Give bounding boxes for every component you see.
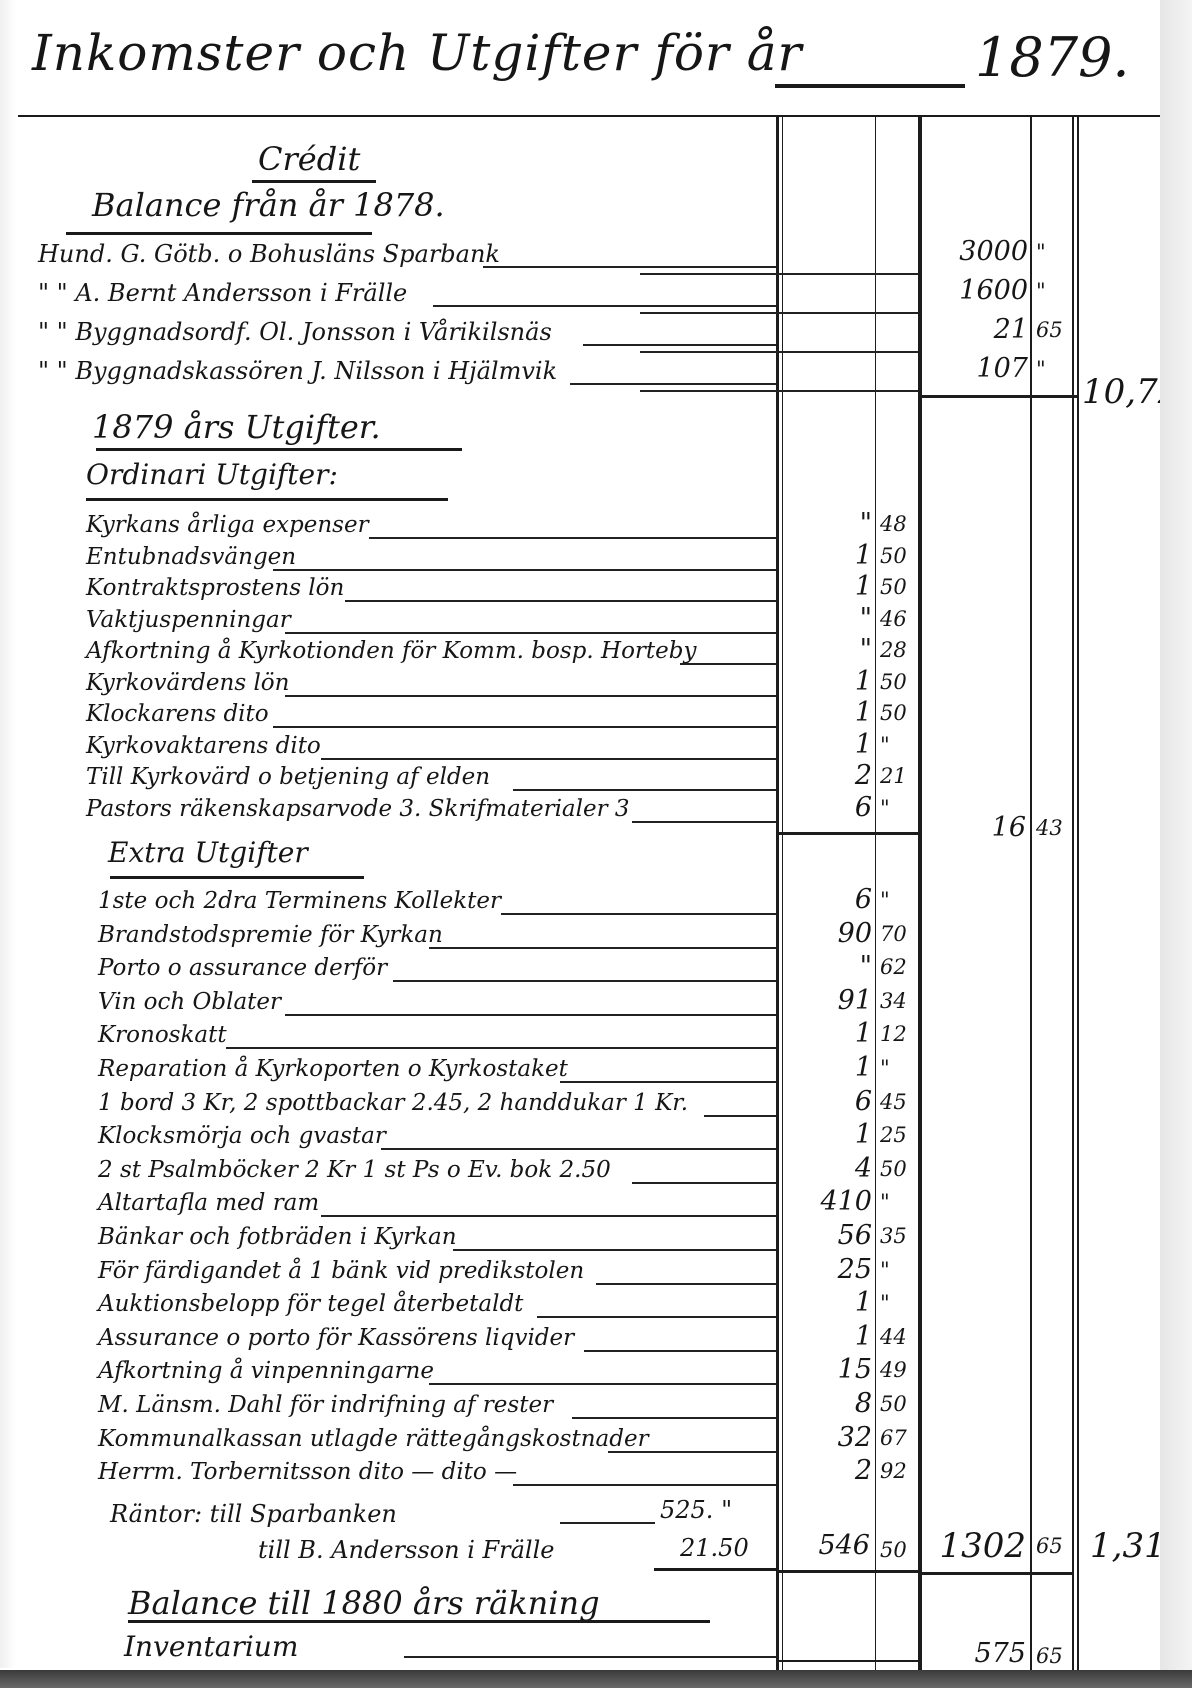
leader-line <box>560 1081 776 1083</box>
leader-line <box>273 569 776 571</box>
amount-kronor: 410 <box>786 1186 872 1217</box>
amount-kronor: 91 <box>786 985 872 1016</box>
entry-label: Kommunalkassan utlagde rättegångskostnad… <box>98 1426 649 1452</box>
interest-sum-underline <box>654 1568 778 1571</box>
page-margin <box>1160 0 1192 1688</box>
amount-kronor: 2 <box>786 760 872 791</box>
leader-line <box>321 758 776 760</box>
interest-label: Räntor: till Sparbanken <box>110 1500 397 1528</box>
leader-line <box>453 1249 776 1251</box>
amount-kronor: 6 <box>786 1086 872 1117</box>
amount-kronor: 32 <box>786 1422 872 1453</box>
amount-ore: 50 <box>880 1157 918 1181</box>
leader-line <box>570 383 776 385</box>
entry-label: Entubnadsvängen <box>86 544 296 570</box>
column-rule-middle <box>918 117 922 1670</box>
leader-line <box>583 344 776 346</box>
amount-ore: 62 <box>880 955 918 979</box>
row-rule <box>640 273 918 275</box>
grand-total: 1,31 <box>1090 1526 1170 1566</box>
row-rule <box>640 390 918 392</box>
amount-ore: 92 <box>880 1459 918 1483</box>
leader-line <box>285 695 776 697</box>
column-rule-left-inner <box>782 117 783 1670</box>
entry-label: " " A. Bernt Andersson i Frälle <box>38 279 407 307</box>
entry-label: För färdigandet å 1 bänk vid predikstole… <box>98 1258 584 1284</box>
ordinary-sum-rule <box>778 832 920 835</box>
leader-line <box>381 1148 776 1150</box>
leader-line <box>393 980 776 982</box>
leader-line <box>273 726 776 728</box>
inventory-ore: 65 <box>1036 1644 1072 1668</box>
entry-label: Kyrkovaktarens dito <box>86 733 321 759</box>
entry-label: Klocksmörja och gvastar <box>98 1123 386 1149</box>
inventory-label: Inventarium <box>124 1630 298 1663</box>
leader-line <box>285 632 776 634</box>
balance-1878-underline <box>66 232 372 235</box>
amount-ore: 25 <box>880 1123 918 1147</box>
page-title: Inkomster och Utgifter för år <box>32 24 802 82</box>
title-dash-line <box>775 84 965 88</box>
ledger-page: Inkomster och Utgifter för år 1879. Créd… <box>0 0 1160 1668</box>
credit-heading: Crédit <box>258 140 360 178</box>
expenses-heading: 1879 års Utgifter. <box>92 408 381 446</box>
amount-ore: 48 <box>880 512 918 536</box>
leader-line <box>632 821 776 823</box>
entry-label: Pastors räkenskapsarvode 3. Skrifmateria… <box>86 796 630 822</box>
amount-ore: 46 <box>880 607 918 631</box>
credit-sum-rule <box>918 395 1078 398</box>
amount-ore: 49 <box>880 1358 918 1382</box>
amount-ore: 12 <box>880 1022 918 1046</box>
entry-label: " " Byggnadsordf. Ol. Jonsson i Vårikils… <box>38 318 552 346</box>
entry-label: Kyrkovärdens lön <box>86 670 289 696</box>
amount-ore: 70 <box>880 922 918 946</box>
entry-label: Afkortning å vinpenningarne <box>98 1358 434 1384</box>
amount-kronor: 1 <box>786 540 872 571</box>
amount-kronor: 1 <box>786 666 872 697</box>
entry-label: 1ste och 2dra Terminens Kollekter <box>98 888 501 914</box>
amount-kronor: 1 <box>786 571 872 602</box>
inventory-rule <box>778 1660 920 1662</box>
amount-kronor: 3000 <box>924 236 1028 267</box>
amount-kronor: 4 <box>786 1153 872 1184</box>
leader-line <box>513 789 776 791</box>
column-rule-left-outer <box>776 117 779 1670</box>
amount-ore: " <box>1036 240 1074 264</box>
amount-ore: 50 <box>880 670 918 694</box>
row-rule <box>640 312 918 314</box>
leader-line <box>513 1484 776 1486</box>
leader-line <box>501 913 776 915</box>
expenses-total-kronor: 1302 <box>918 1526 1026 1566</box>
amount-kronor: 15 <box>786 1354 872 1385</box>
leader-line <box>321 1215 776 1217</box>
amount-ore: 44 <box>880 1325 918 1349</box>
amount-kronor: 25 <box>786 1254 872 1285</box>
entry-label: Bänkar och fotbräden i Kyrkan <box>98 1224 457 1250</box>
entry-label: Till Kyrkovärd o betjening af elden <box>86 764 490 790</box>
amount-ore: 50 <box>880 575 918 599</box>
expenses-heading-underline <box>96 448 462 451</box>
leader-line <box>680 663 776 665</box>
entry-label: M. Länsm. Dahl för indrifning af rester <box>98 1392 553 1418</box>
amount-ore: 34 <box>880 989 918 1013</box>
extra-subtotal-ore: 50 <box>880 1538 916 1562</box>
amount-kronor: 107 <box>924 353 1028 384</box>
amount-ore: " <box>880 796 918 820</box>
entry-label: Afkortning å Kyrkotionden för Komm. bosp… <box>86 638 697 664</box>
column-rule-right-2 <box>1077 117 1079 1670</box>
entry-label: Auktionsbelopp för tegel återbetaldt <box>98 1291 523 1317</box>
extra-heading-underline <box>110 876 364 879</box>
amount-kronor: 1 <box>786 1018 872 1049</box>
entry-label: Kronoskatt <box>98 1022 227 1048</box>
amount-kronor: 1600 <box>924 275 1028 306</box>
entry-label: Kyrkans årliga expenser <box>86 512 369 538</box>
amount-kronor: " <box>786 603 872 634</box>
amount-ore: 45 <box>880 1090 918 1114</box>
interest-amount: 525. " <box>660 1496 732 1524</box>
amount-ore: " <box>1036 357 1074 381</box>
leader-line <box>537 1316 776 1318</box>
entry-label: Klockarens dito <box>86 701 269 727</box>
amount-kronor: 21 <box>924 314 1028 345</box>
entry-label: 2 st Psalmböcker 2 Kr 1 st Ps o Ev. bok … <box>98 1157 611 1183</box>
leader-line <box>608 1451 776 1453</box>
entry-label: Herrm. Torbernitsson dito — dito — <box>98 1459 517 1485</box>
leader-line <box>632 1182 776 1184</box>
leader-line <box>429 1383 776 1385</box>
leader-line <box>285 1014 776 1016</box>
entry-label: Altartafla med ram <box>98 1190 319 1216</box>
leader-line <box>433 305 776 307</box>
balance-1880-heading: Balance till 1880 års räkning <box>128 1584 600 1622</box>
page-edge-shadow <box>0 0 16 1668</box>
column-rule-ore-1 <box>875 117 876 1670</box>
extra-heading: Extra Utgifter <box>108 836 308 869</box>
amount-ore: 50 <box>880 1392 918 1416</box>
amount-kronor: 90 <box>786 918 872 949</box>
amount-ore: 50 <box>880 544 918 568</box>
inventory-kronor: 575 <box>918 1638 1026 1669</box>
amount-kronor: 1 <box>786 1119 872 1150</box>
amount-kronor: 1 <box>786 1052 872 1083</box>
entry-label: Assurance o porto för Kassörens liqvider <box>98 1325 574 1351</box>
entry-label: Kontraktsprostens lön <box>86 575 344 601</box>
entry-label: Porto o assurance derför <box>98 955 387 981</box>
row-rule <box>640 351 918 353</box>
entry-label: Brandstodspremie för Kyrkan <box>98 922 443 948</box>
amount-kronor: 1 <box>786 1321 872 1352</box>
ordinary-subtotal-ore: 43 <box>1036 816 1072 840</box>
entry-label: Vin och Oblater <box>98 989 281 1015</box>
amount-ore: " <box>880 733 918 757</box>
amount-ore: " <box>1036 279 1074 303</box>
entry-label: Hund. G. Götb. o Bohusläns Sparbank <box>38 240 500 268</box>
amount-ore: " <box>880 1291 918 1315</box>
leader-line <box>226 1047 776 1049</box>
amount-kronor: 6 <box>786 884 872 915</box>
amount-kronor: 2 <box>786 1455 872 1486</box>
credit-balance-total: 10,72 <box>1082 372 1162 412</box>
interest-label-2: till B. Andersson i Frälle <box>258 1536 554 1564</box>
amount-kronor: 1 <box>786 1287 872 1318</box>
leader-line <box>584 1350 776 1352</box>
ordinary-subtotal-kronor: 16 <box>930 812 1026 843</box>
column-rule-ore-2 <box>1030 117 1032 1670</box>
balance-1880-underline <box>128 1620 710 1623</box>
leader-line <box>483 266 776 268</box>
ordinary-heading-underline <box>86 498 448 501</box>
amount-kronor: " <box>786 634 872 665</box>
interest-amount-2: 21.50 <box>680 1534 749 1562</box>
entry-label: 1 bord 3 Kr, 2 spottbackar 2.45, 2 handd… <box>98 1090 688 1116</box>
amount-kronor: 6 <box>786 792 872 823</box>
inventory-leader <box>404 1656 776 1658</box>
page-year: 1879. <box>975 26 1130 89</box>
extra-subtotal-kronor: 546 <box>782 1530 870 1561</box>
amount-kronor: " <box>786 508 872 539</box>
interest-leader <box>560 1522 655 1524</box>
extra-sum-rule <box>778 1570 922 1573</box>
balance-1878-heading: Balance från år 1878. <box>92 186 445 224</box>
amount-ore: " <box>880 1056 918 1080</box>
amount-kronor: 8 <box>786 1388 872 1419</box>
leader-line <box>704 1115 776 1117</box>
column-rule-right-1 <box>1072 117 1074 1670</box>
amount-ore: 28 <box>880 638 918 662</box>
expenses-total-ore: 65 <box>1036 1534 1072 1558</box>
expenses-total-rule <box>918 1572 1074 1575</box>
leader-line <box>345 600 776 602</box>
leader-line <box>572 1417 776 1419</box>
amount-kronor: 56 <box>786 1220 872 1251</box>
amount-ore: " <box>880 1258 918 1282</box>
entry-label: Vaktjuspenningar <box>86 607 291 633</box>
credit-heading-underline <box>252 180 376 183</box>
amount-kronor: 1 <box>786 697 872 728</box>
amount-ore: " <box>880 1190 918 1214</box>
leader-line <box>596 1283 776 1285</box>
header-rule <box>18 115 1160 117</box>
leader-line <box>429 947 776 949</box>
ordinary-heading: Ordinari Utgifter: <box>86 458 338 491</box>
amount-ore: " <box>880 888 918 912</box>
amount-ore: 21 <box>880 764 918 788</box>
amount-ore: 65 <box>1036 318 1074 342</box>
leader-line <box>369 537 776 539</box>
amount-ore: 50 <box>880 701 918 725</box>
entry-label: Reparation å Kyrkoporten o Kyrkostaket <box>98 1056 568 1082</box>
amount-ore: 67 <box>880 1426 918 1450</box>
entry-label: " " Byggnadskassören J. Nilsson i Hjälmv… <box>38 357 557 385</box>
amount-ore: 35 <box>880 1224 918 1248</box>
amount-kronor: " <box>786 951 872 982</box>
page-bottom-edge <box>0 1670 1192 1688</box>
amount-kronor: 1 <box>786 729 872 760</box>
